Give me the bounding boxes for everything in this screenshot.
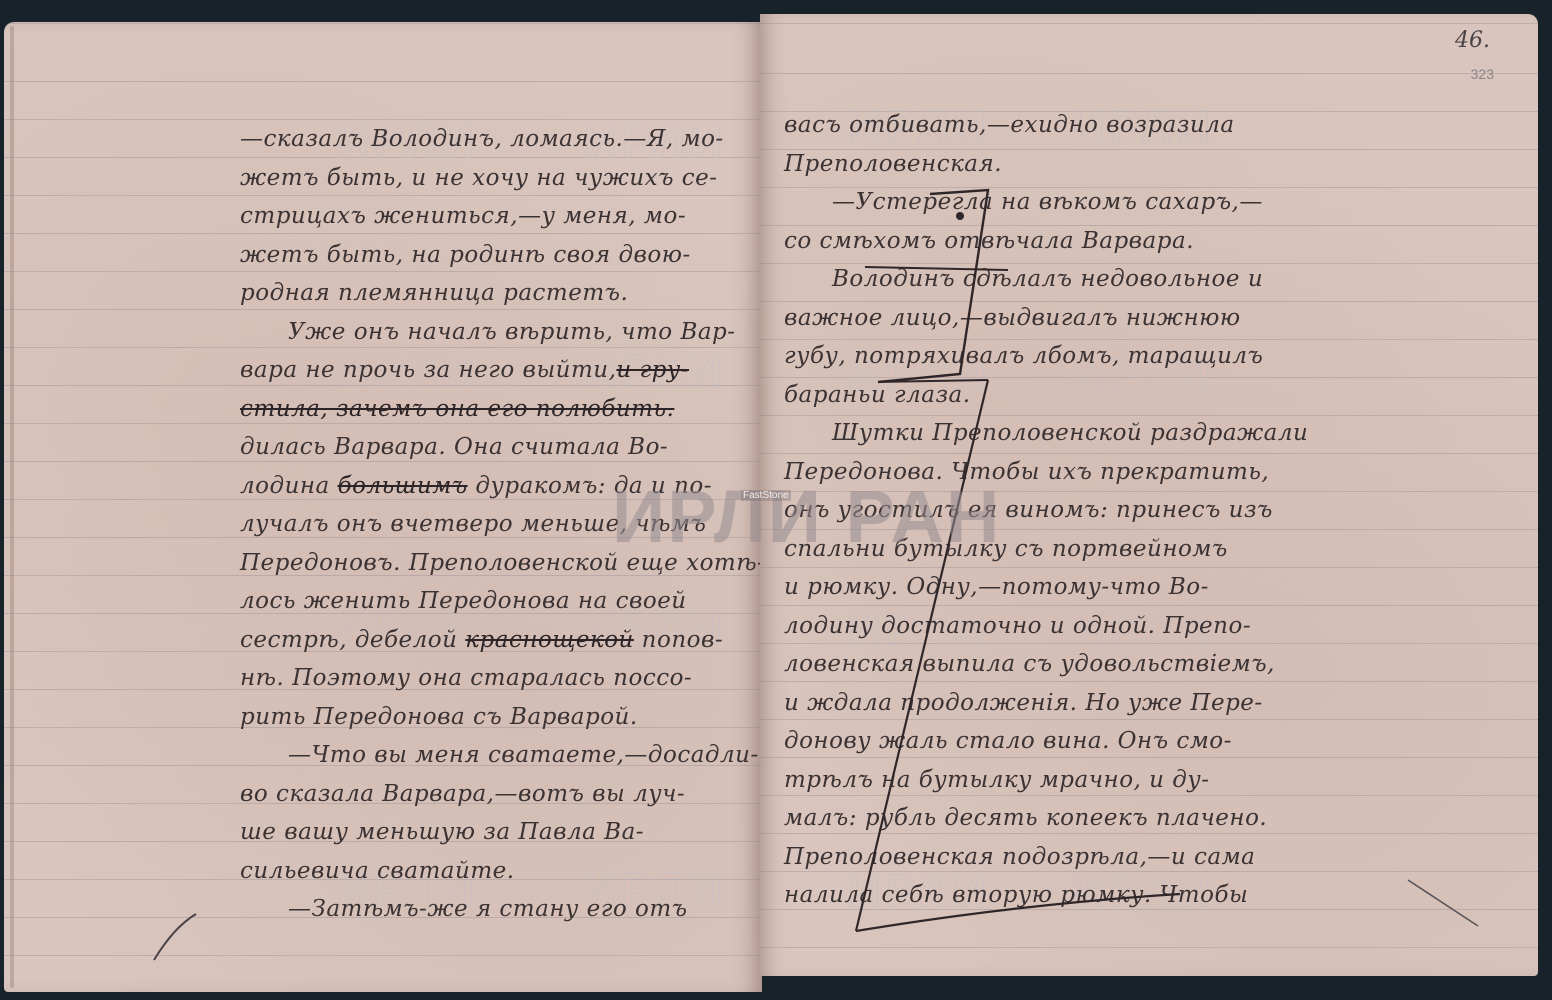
manuscript-line: —сказалъ Володинъ, ломаясь.—Я, мо- [240,120,760,159]
manuscript-line: ше вашу меньшую за Павла Ва- [240,813,760,852]
manuscript-line: во сказала Варвара,—вотъ вы луч- [240,775,760,814]
manuscript-line: —Что вы меня сватаете,—досадли- [240,736,760,775]
manuscript-line: и ждала продолженія. Но уже Пере- [784,684,1314,723]
manuscript-line: вара не прочь за него выйти,и гру- [240,351,760,390]
manuscript-line: —Затѣмъ-же я стану его отъ [240,890,760,929]
manuscript-line: лось женить Передонова на своей [240,582,760,621]
manuscript-line: васъ отбивать,—ехидно возразила [784,106,1314,145]
line-text: сестрѣ, дебелой [240,627,457,653]
manuscript-line: —Устерегла на вѣкомъ сахаръ,— [784,183,1314,222]
struck-text: большимъ [338,473,468,499]
manuscript-line: губу, потряхивалъ лбомъ, таращилъ [784,337,1314,376]
manuscript-line: важное лицо,—выдвигалъ нижнюю [784,299,1314,338]
archive-number: 323 [1471,66,1494,82]
manuscript-line: Преполовенская подозрѣла,—и сама [784,838,1314,877]
watermark-irli-ran: ИРЛИ РАН [612,474,1001,559]
manuscript-line: трѣлъ на бутылку мрачно, и ду- [784,761,1314,800]
manuscript-line: малъ: рубль десять копеекъ плачено. [784,799,1314,838]
manuscript-line: донову жаль стало вина. Онъ смо- [784,722,1314,761]
manuscript-line: нѣ. Поэтому она старалась поссо- [240,659,760,698]
viewer-badge: FastStone [741,490,791,501]
line-text: вара не прочь за него выйти, [240,357,616,383]
struck-text: и гру- [616,357,689,383]
manuscript-line: рить Передонова съ Варварой. [240,698,760,737]
manuscript-line: стрицахъ жениться,—у меня, мо- [240,197,760,236]
manuscript-line: ловенская выпила съ удовольствіемъ, [784,645,1314,684]
struck-text: стила, зачемъ она его полюбить. [240,396,674,422]
manuscript-line: налила себѣ вторую рюмку. Чтобы [784,876,1314,915]
folio-number: 46. [1455,28,1490,53]
manuscript-line: Уже онъ началъ вѣрить, что Вар- [240,313,760,352]
manuscript-line: родная племянница растетъ. [240,274,760,313]
manuscript-line: жетъ быть, и не хочу на чужихъ се- [240,159,760,198]
struck-text: краснощекой [465,627,634,653]
manuscript-line: дилась Варвара. Она считала Во- [240,428,760,467]
manuscript-line: Шутки Преполовенской раздражали [784,414,1314,453]
line-text: лодина [240,473,330,499]
manuscript-line: сестрѣ, дебелой краснощекой попов- [240,621,760,660]
manuscript-line: лодину достаточно и одной. Препо- [784,607,1314,646]
manuscript-line: со смѣхомъ отвѣчала Варвара. [784,222,1314,261]
manuscript-line: сильевича сватайте. [240,852,760,891]
manuscript-line: стила, зачемъ она его полюбить. [240,390,760,429]
line-text: попов- [634,627,723,653]
manuscript-line: Володинъ сдѣлалъ недовольное и [784,260,1314,299]
manuscript-line: и рюмку. Одну,—потому-что Во- [784,568,1314,607]
manuscript-line: жетъ быть, на родинѣ своя двою- [240,236,760,275]
manuscript-line: бараньи глаза. [784,376,1314,415]
manuscript-line: Преполовенская. [784,145,1314,184]
